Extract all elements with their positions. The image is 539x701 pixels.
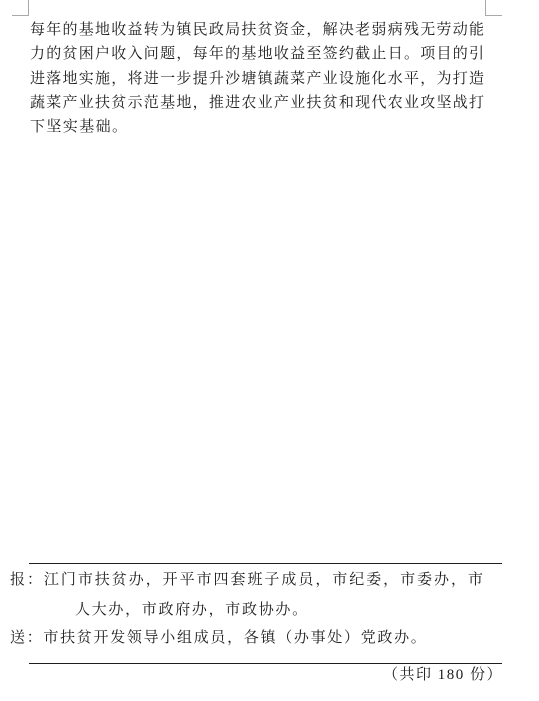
- colophon-top-rule: [29, 563, 502, 564]
- body-paragraph: 每年的基地收益转为镇民政局扶贫资金，解决老弱病残无劳动能 力的贫困户收入问题，每…: [30, 18, 484, 139]
- body-line: 每年的基地收益转为镇民政局扶贫资金，解决老弱病残无劳动能: [30, 18, 484, 42]
- colophon-bottom-rule: [29, 663, 502, 664]
- text-boundary-corner-right-icon: [485, 0, 502, 16]
- text-boundary-corner-left-icon: [12, 0, 29, 16]
- colophon-report-line-2: 人大办，市政府办，市政协办。: [75, 601, 309, 620]
- body-line: 下坚实基础。: [30, 115, 484, 139]
- colophon-send-line: 送：市扶贫开发领导小组成员，各镇（办事处）党政办。: [10, 629, 428, 648]
- colophon-report-line-1: 报：江门市扶贫办，开平市四套班子成员，市纪委，市委办，市: [10, 571, 483, 590]
- document-page: 每年的基地收益转为镇民政局扶贫资金，解决老弱病残无劳动能 力的贫困户收入问题，每…: [0, 0, 539, 701]
- body-line: 进落地实施，将进一步提升沙塘镇蔬菜产业设施化水平，为打造: [30, 67, 484, 91]
- print-count-label: （共印 180 份）: [203, 666, 503, 685]
- body-line: 蔬菜产业扶贫示范基地，推进农业产业扶贫和现代农业攻坚战打: [30, 91, 484, 115]
- body-line: 力的贫困户收入问题，每年的基地收益至签约截止日。项目的引: [30, 42, 484, 66]
